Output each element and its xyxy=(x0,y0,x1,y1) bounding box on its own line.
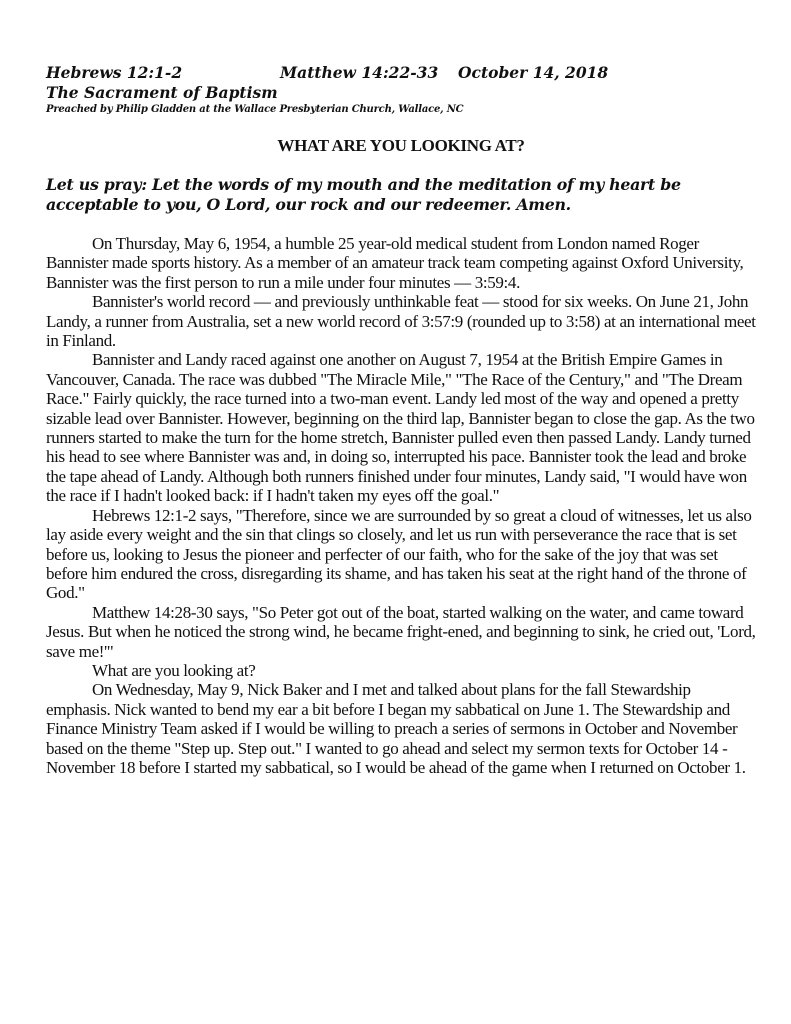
body-paragraph: Matthew 14:28-30 says, "So Peter got out… xyxy=(46,603,756,661)
sermon-occasion: The Sacrament of Baptism xyxy=(46,83,756,103)
body-paragraph: On Wednesday, May 9, Nick Baker and I me… xyxy=(46,680,756,777)
sermon-title: WHAT ARE YOU LOOKING AT? xyxy=(46,136,756,156)
opening-prayer: Let us pray: Let the words of my mouth a… xyxy=(46,175,756,215)
scripture-reference-1: Hebrews 12:1-2 xyxy=(46,62,182,83)
sermon-header-references: Hebrews 12:1-2 Matthew 14:22-33 October … xyxy=(46,62,756,83)
preacher-attribution: Preached by Philip Gladden at the Wallac… xyxy=(46,103,756,116)
scripture-reference-2: Matthew 14:22-33 xyxy=(280,62,438,83)
sermon-page: Hebrews 12:1-2 Matthew 14:22-33 October … xyxy=(46,62,756,777)
body-paragraph: Hebrews 12:1-2 says, "Therefore, since w… xyxy=(46,506,756,603)
sermon-date: October 14, 2018 xyxy=(458,62,608,83)
body-paragraph: What are you looking at? xyxy=(46,661,756,680)
body-paragraph: Bannister's world record — and previousl… xyxy=(46,292,756,350)
sermon-body: On Thursday, May 6, 1954, a humble 25 ye… xyxy=(46,234,756,777)
body-paragraph: Bannister and Landy raced against one an… xyxy=(46,350,756,505)
body-paragraph: On Thursday, May 6, 1954, a humble 25 ye… xyxy=(46,234,756,292)
